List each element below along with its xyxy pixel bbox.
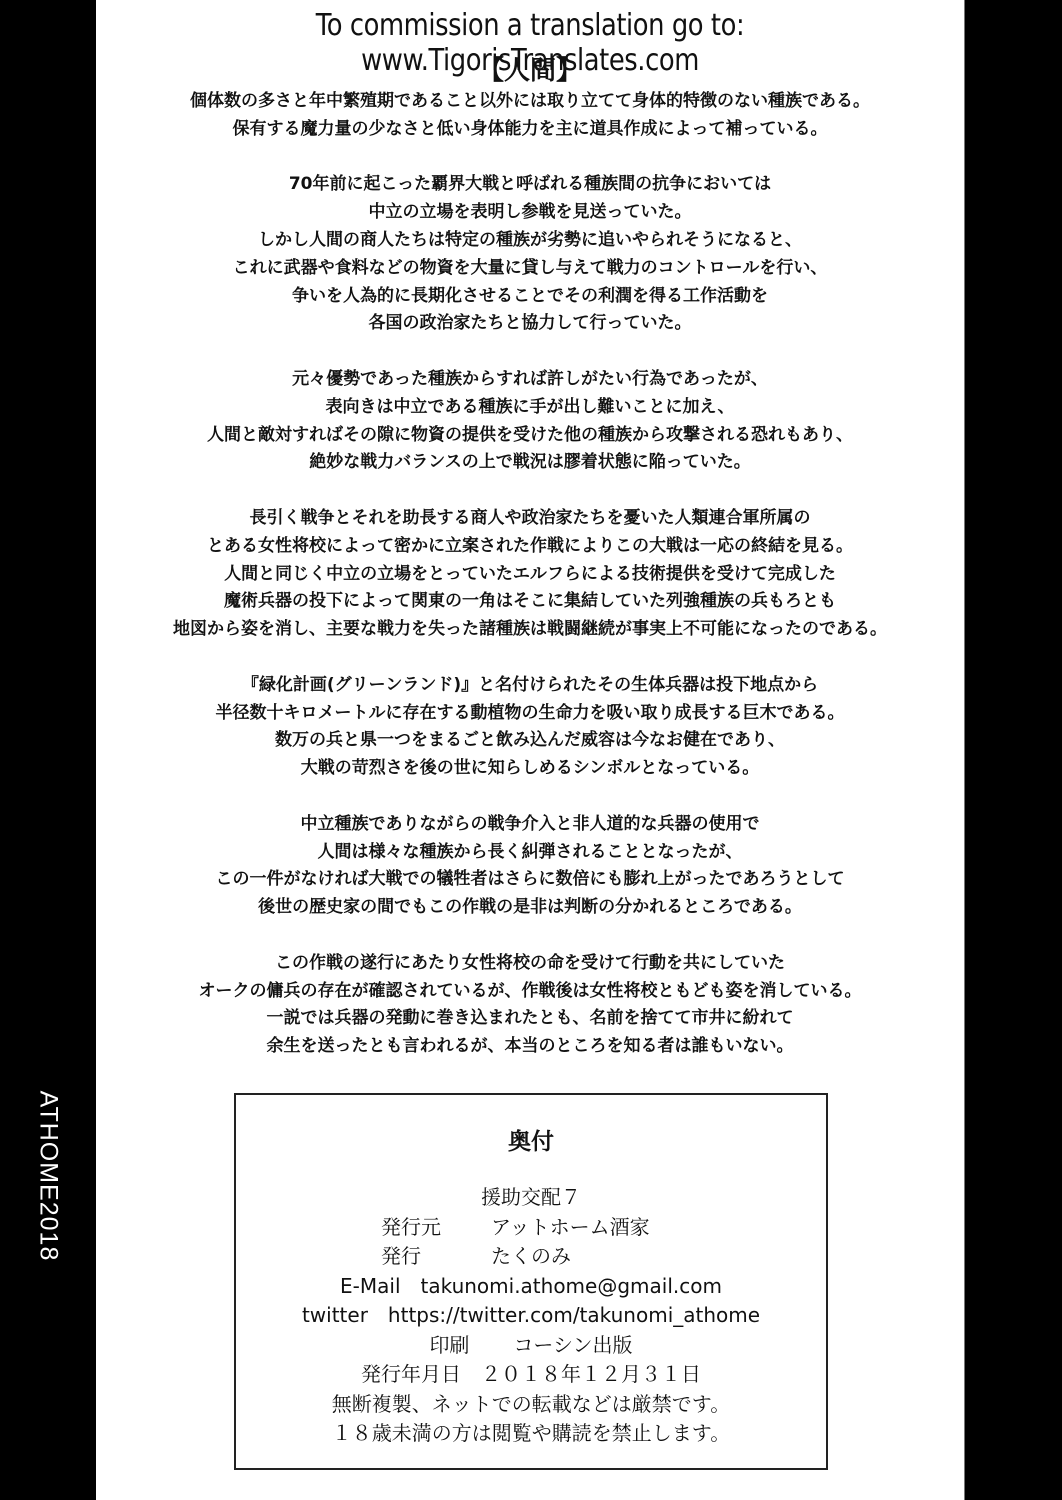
text-line: 中立種族でありながらの戦争介入と非人道的な兵器の使用で — [96, 811, 964, 839]
text-line: 魔術兵器の投下によって関東の一角はそこに集結していた列強種族の兵もろとも — [96, 588, 964, 616]
text-line: この一件がなければ大戦での犠牲者はさらに数倍にも膨れ上がったであろうとして — [96, 866, 964, 894]
colophon-title: 奥付 — [236, 1123, 826, 1156]
printer-value: コーシン出版 — [513, 1333, 632, 1357]
left-black-border: ATHOME2018 — [0, 0, 96, 1500]
email-row: E-Mailtakunomi.athome@gmail.com — [236, 1272, 826, 1302]
paragraph: 個体数の多さと年中繁殖期であること以外には取り立てて身体的特徴のない種族である。… — [96, 88, 964, 144]
colophon-rows: 援助交配７ 発行元アットホーム酒家 発行たくのみ E-Mailtakunomi.… — [236, 1183, 826, 1449]
text-line: これに武器や食料などの物資を大量に貸し与えて戦力のコントロールを行い、 — [96, 255, 964, 283]
text-line: 半径数十キロメートルに存在する動植物の生命力を吸い取り成長する巨木である。 — [96, 700, 964, 728]
twitter-link[interactable]: https://twitter.com/takunomi_athome — [388, 1303, 760, 1327]
text-line: 人間は様々な種族から長く糾弾されることとなったが、 — [96, 839, 964, 867]
text-line: 表向きは中立である種族に手が出し難いことに加え、 — [96, 394, 964, 422]
text-line: 人間と同じく中立の立場をとっていたエルフらによる技術提供を受けて完成した — [96, 561, 964, 589]
section-title: 【人間】 — [96, 50, 964, 87]
document-page: To commission a translation go to: www.T… — [96, 0, 964, 1500]
publisher-label: 発行元 — [381, 1213, 491, 1243]
publisher-row: 発行元アットホーム酒家 — [236, 1213, 826, 1243]
text-line: 元々優勢であった種族からすれば許しがたい行為であったが、 — [96, 366, 964, 394]
paragraph: 元々優勢であった種族からすれば許しがたい行為であったが、 表向きは中立である種族… — [96, 366, 964, 477]
colophon-box: 奥付 援助交配７ 発行元アットホーム酒家 発行たくのみ E-Mailtakuno… — [234, 1093, 828, 1470]
email-value[interactable]: takunomi.athome@gmail.com — [421, 1274, 722, 1298]
text-line: 後世の歴史家の間でもこの作戦の是非は判断の分かれるところである。 — [96, 894, 964, 922]
notice-age-restriction: １８歳未満の方は閲覧や購読を禁止します。 — [236, 1419, 826, 1449]
text-line: とある女性将校によって密かに立案された作戦によりこの大戦は一応の終結を見る。 — [96, 533, 964, 561]
issuer-label: 発行 — [381, 1242, 491, 1272]
notice-reproduction: 無断複製、ネットでの転載などは厳禁です。 — [236, 1390, 826, 1420]
side-label: ATHOME2018 — [34, 1091, 63, 1262]
text-line: 各国の政治家たちと協力して行っていた。 — [96, 310, 964, 338]
text-line: 地図から姿を消し、主要な戦力を失った諸種族は戦闘継続が事実上不可能になったのであ… — [96, 616, 964, 644]
printer-label: 印刷 — [429, 1333, 469, 1357]
text-line: 個体数の多さと年中繁殖期であること以外には取り立てて身体的特徴のない種族である。 — [96, 88, 964, 116]
text-line: 保有する魔力量の少なさと低い身体能力を主に道具作成によって補っている。 — [96, 116, 964, 144]
text-line: 絶妙な戦力バランスの上で戦況は膠着状態に陥っていた。 — [96, 449, 964, 477]
text-line: この作戦の遂行にあたり女性将校の命を受けて行動を共にしていた — [96, 950, 964, 978]
date-value: ２０１８年１２月３１日 — [481, 1362, 701, 1386]
text-line: 余生を送ったとも言われるが、本当のところを知る者は誰もいない。 — [96, 1033, 964, 1061]
text-line: 人間と敵対すればその隙に物資の提供を受けた他の種族から攻撃される恐れもあり、 — [96, 422, 964, 450]
text-line: 大戦の苛烈さを後の世に知らしめるシンボルとなっている。 — [96, 755, 964, 783]
text-line: しかし人間の商人たちは特定の種族が劣勢に追いやられそうになると、 — [96, 227, 964, 255]
text-line: 70年前に起こった覇界大戦と呼ばれる種族間の抗争においては — [96, 171, 964, 199]
twitter-row: twitterhttps://twitter.com/takunomi_atho… — [236, 1301, 826, 1331]
text-line: 数万の兵と県一つをまるごと飲み込んだ威容は今なお健在であり、 — [96, 727, 964, 755]
date-label: 発行年月日 — [361, 1362, 461, 1386]
twitter-label: twitter — [302, 1303, 368, 1327]
issuer-value: たくのみ — [491, 1242, 681, 1272]
text-line: 争いを人為的に長期化させることでその利潤を得る工作活動を — [96, 283, 964, 311]
publisher-value: アットホーム酒家 — [491, 1213, 681, 1243]
email-label: E-Mail — [340, 1274, 400, 1298]
text-line: 長引く戦争とそれを助長する商人や政治家たちを憂いた人類連合軍所属の — [96, 505, 964, 533]
paragraph: 中立種族でありながらの戦争介入と非人道的な兵器の使用で 人間は様々な種族から長く… — [96, 811, 964, 922]
right-black-border — [964, 0, 1062, 1500]
text-line: 『緑化計画(グリーンランド)』と名付けられたその生体兵器は投下地点から — [96, 672, 964, 700]
text-line: 一説では兵器の発動に巻き込まれたとも、名前を捨てて市井に紛れて — [96, 1005, 964, 1033]
issuer-row: 発行たくのみ — [236, 1242, 826, 1272]
text-line: オークの傭兵の存在が確認されているが、作戦後は女性将校ともども姿を消している。 — [96, 978, 964, 1006]
text-line: 中立の立場を表明し参戦を見送っていた。 — [96, 199, 964, 227]
printer-row: 印刷コーシン出版 — [236, 1331, 826, 1361]
body-text: 個体数の多さと年中繁殖期であること以外には取り立てて身体的特徴のない種族である。… — [96, 88, 964, 1089]
paragraph: この作戦の遂行にあたり女性将校の命を受けて行動を共にしていた オークの傭兵の存在… — [96, 950, 964, 1061]
date-row: 発行年月日２０１８年１２月３１日 — [236, 1360, 826, 1390]
paragraph: 70年前に起こった覇界大戦と呼ばれる種族間の抗争においては 中立の立場を表明し参… — [96, 171, 964, 338]
paragraph: 『緑化計画(グリーンランド)』と名付けられたその生体兵器は投下地点から 半径数十… — [96, 672, 964, 783]
book-title: 援助交配７ — [236, 1183, 826, 1213]
paragraph: 長引く戦争とそれを助長する商人や政治家たちを憂いた人類連合軍所属の とある女性将… — [96, 505, 964, 644]
